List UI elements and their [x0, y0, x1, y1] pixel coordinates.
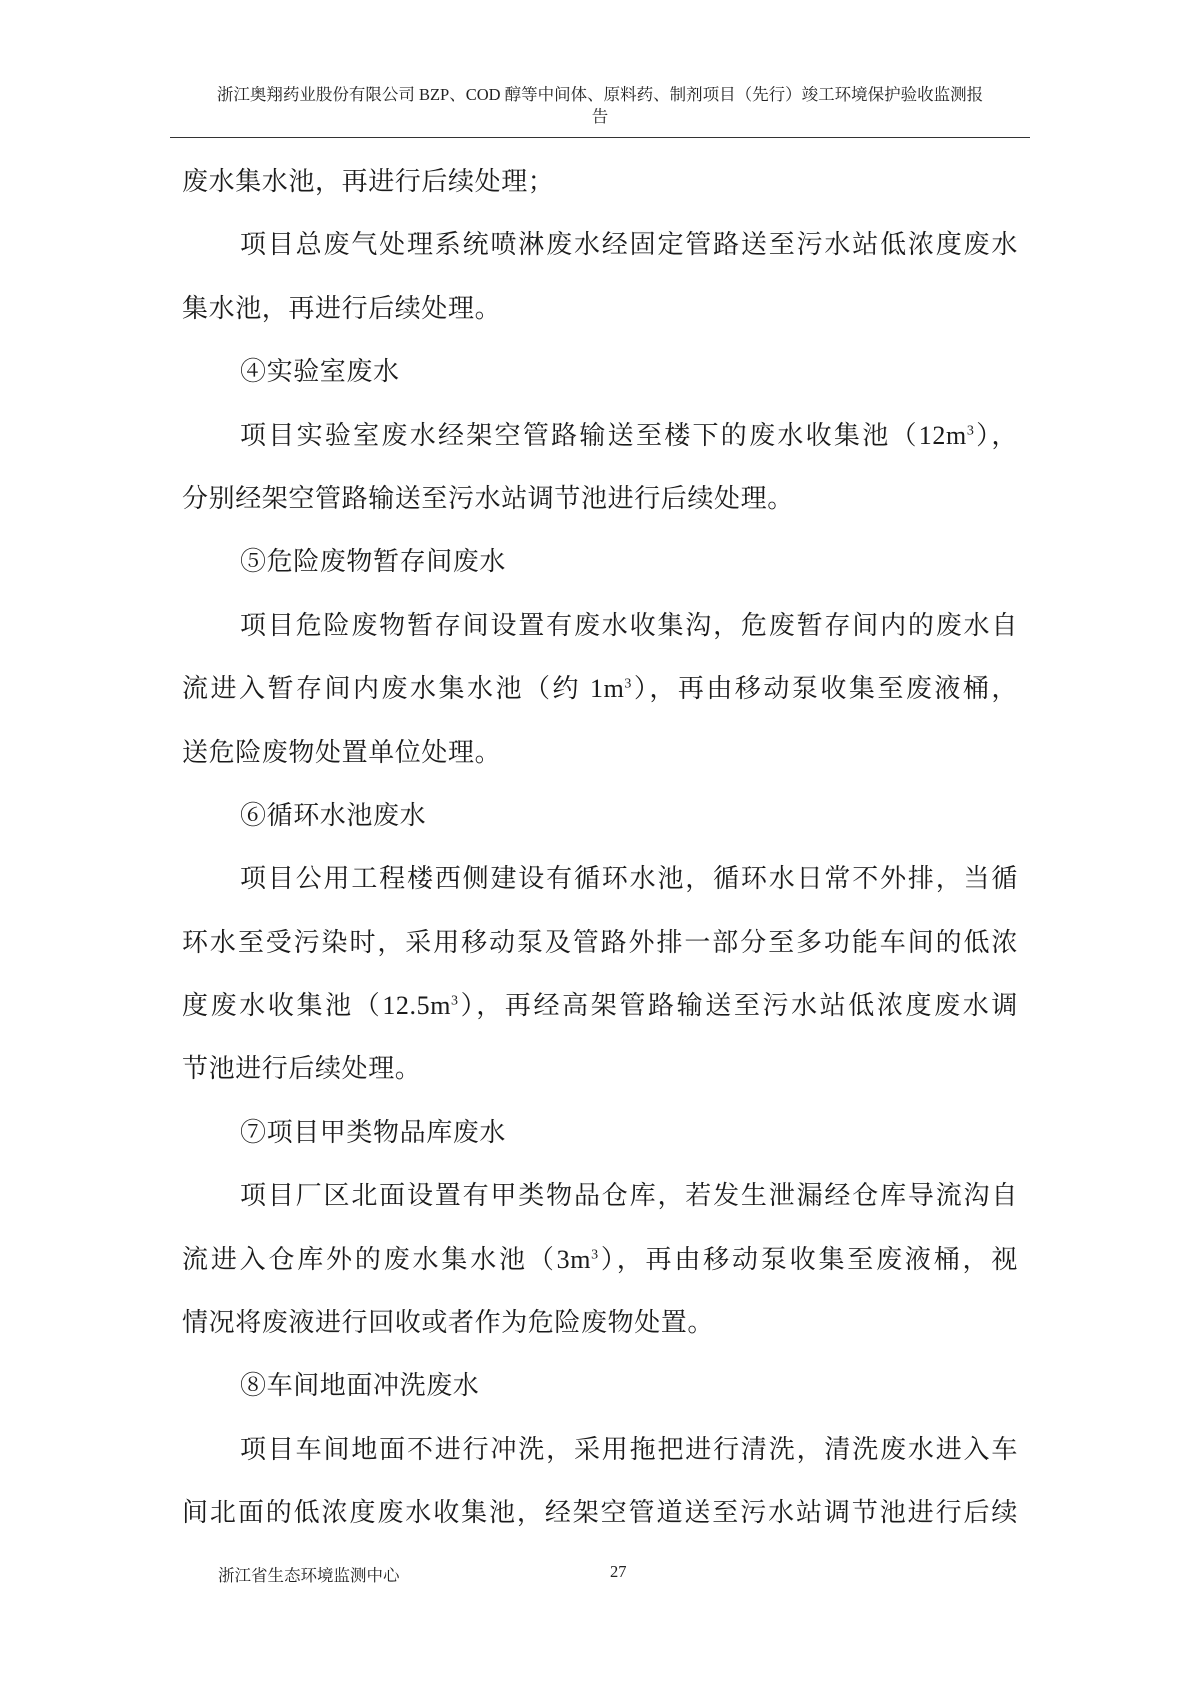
text-line: 项目实验室废水经架空管路输送至楼下的废水收集池（12m3），	[182, 404, 1018, 467]
text-line: 项目车间地面不进行冲洗，采用拖把进行清洗，清洗废水进入车	[182, 1418, 1018, 1481]
text-line: 项目总废气处理系统喷淋废水经固定管路送至污水站低浓度废水	[182, 213, 1018, 276]
text-line: 项目公用工程楼西侧建设有循环水池，循环水日常不外排，当循	[182, 847, 1018, 910]
text-segment: 度废水收集池（12.5m	[182, 991, 451, 1020]
text-line: 间北面的低浓度废水收集池，经架空管道送至污水站调节池进行后续	[182, 1481, 1018, 1544]
text-segment: ），再由移动泵收集至废液桶，	[632, 674, 1018, 703]
footer-organization: 浙江省生态环境监测中心	[218, 1562, 400, 1586]
text-segment: ），再经高架管路输送至污水站低浓度废水调	[459, 991, 1018, 1020]
text-segment: ），	[974, 421, 1018, 450]
running-header: 浙江奥翔药业股份有限公司 BZP、COD 醇等中间体、原料药、制剂项目（先行）竣…	[170, 84, 1030, 128]
header-divider	[170, 137, 1030, 138]
superscript: 3	[451, 993, 459, 1008]
text-line: 集水池，再进行后续处理。	[182, 277, 1018, 340]
superscript: 3	[591, 1247, 599, 1262]
text-line: 流进入仓库外的废水集水池（3m3），再由移动泵收集至废液桶，视	[182, 1228, 1018, 1291]
text-line: 废水集水池，再进行后续处理；	[182, 150, 1018, 213]
header-title-line1: 浙江奥翔药业股份有限公司 BZP、COD 醇等中间体、原料药、制剂项目（先行）竣…	[170, 84, 1030, 106]
text-line: 分别经架空管路输送至污水站调节池进行后续处理。	[182, 467, 1018, 530]
text-segment: 项目实验室废水经架空管路输送至楼下的废水收集池（12m	[240, 421, 967, 450]
text-line: 度废水收集池（12.5m3），再经高架管路输送至污水站低浓度废水调	[182, 974, 1018, 1037]
text-segment: 流进入暂存间内废水集水池（约 1m	[182, 674, 624, 703]
text-line: 流进入暂存间内废水集水池（约 1m3），再由移动泵收集至废液桶，	[182, 657, 1018, 720]
text-line: ⑥循环水池废水	[182, 784, 1018, 847]
superscript: 3	[624, 676, 632, 691]
text-line: ④实验室废水	[182, 340, 1018, 403]
text-segment: 流进入仓库外的废水集水池（3m	[182, 1245, 591, 1274]
text-line: ⑧车间地面冲洗废水	[182, 1354, 1018, 1417]
text-line: 项目厂区北面设置有甲类物品仓库，若发生泄漏经仓库导流沟自	[182, 1164, 1018, 1227]
text-line: 送危险废物处置单位处理。	[182, 721, 1018, 784]
header-title-line2: 告	[170, 106, 1030, 128]
text-line: ⑤危险废物暂存间废水	[182, 530, 1018, 593]
document-body: 废水集水池，再进行后续处理；项目总废气处理系统喷淋废水经固定管路送至污水站低浓度…	[182, 150, 1018, 1545]
text-line: 情况将废液进行回收或者作为危险废物处置。	[182, 1291, 1018, 1354]
text-line: 项目危险废物暂存间设置有废水收集沟，危废暂存间内的废水自	[182, 594, 1018, 657]
text-line: ⑦项目甲类物品库废水	[182, 1101, 1018, 1164]
text-line: 节池进行后续处理。	[182, 1037, 1018, 1100]
text-line: 环水至受污染时，采用移动泵及管路外排一部分至多功能车间的低浓	[182, 911, 1018, 974]
text-segment: ），再由移动泵收集至废液桶，视	[599, 1245, 1018, 1274]
page-number: 27	[610, 1562, 627, 1582]
